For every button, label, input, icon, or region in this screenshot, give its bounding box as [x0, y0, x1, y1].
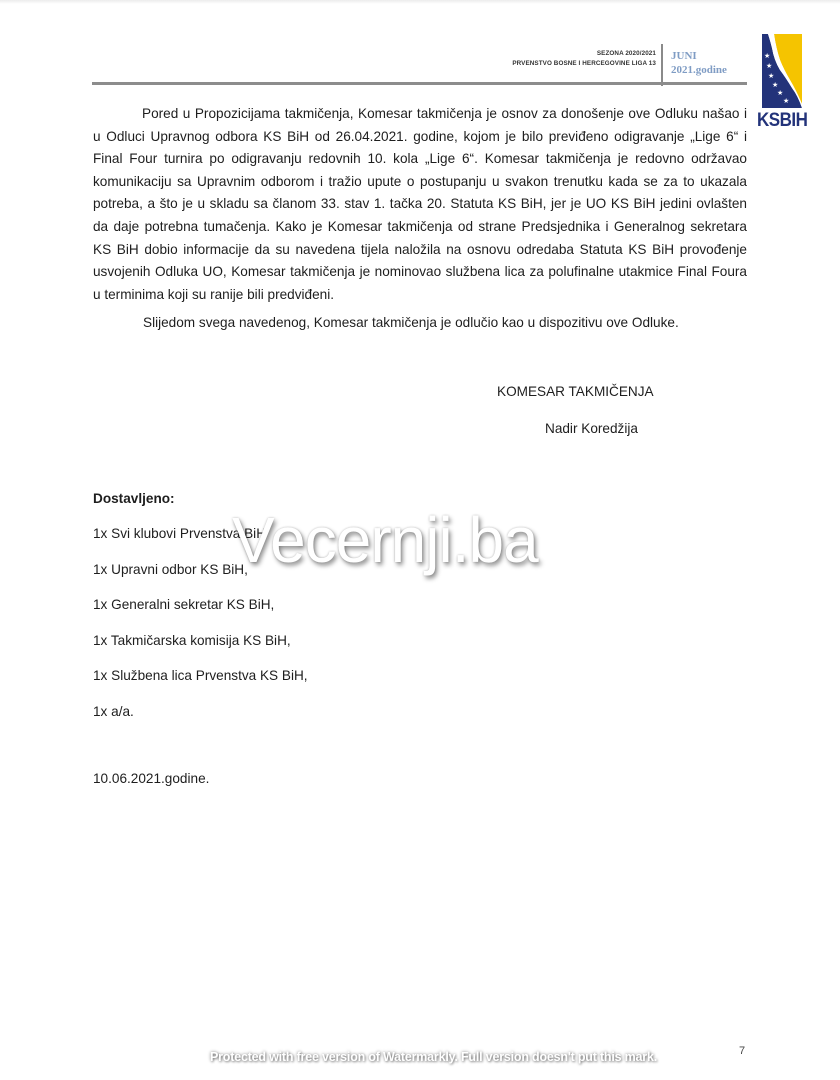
header-month: JUNI — [671, 49, 727, 63]
signature-name: Nadir Koredžija — [545, 421, 638, 436]
page-number: 7 — [739, 1045, 745, 1057]
distribution-item: 1x Generalni sekretar KS BiH, — [93, 597, 308, 633]
svg-text:★: ★ — [783, 97, 789, 105]
header-year: 2021.godine — [671, 63, 727, 77]
header-season: SEZONA 2020/2021 — [512, 49, 656, 59]
body-paragraph-1-text: Pored u Propozicijama takmičenja, Komesa… — [93, 106, 747, 302]
ksbih-logo-icon: ★ ★ ★ ★ ★ ★ — [758, 30, 806, 112]
watermark-vecernji: Vecernji.ba — [232, 500, 538, 580]
svg-text:★: ★ — [764, 52, 770, 60]
svg-text:★: ★ — [768, 72, 774, 80]
header-season-block: SEZONA 2020/2021 PRVENSTVO BOSNE I HERCE… — [512, 49, 656, 69]
distribution-item: 1x Takmičarska komisija KS BiH, — [93, 633, 308, 669]
header-rule — [92, 82, 747, 85]
header-date-block: JUNI 2021.godine — [671, 49, 727, 77]
svg-text:★: ★ — [766, 62, 772, 70]
watermark-footer: Protected with free version of Watermark… — [210, 1050, 657, 1064]
distribution-item: 1x a/a. — [93, 704, 308, 740]
distribution-item: 1x Službena lica Prvenstva KS BiH, — [93, 668, 308, 704]
svg-text:★: ★ — [777, 89, 783, 97]
header-divider — [661, 44, 663, 86]
page-top-edge — [0, 0, 840, 4]
logo-text: KSBIH — [757, 109, 807, 132]
signature-title: KOMESAR TAKMIČENJA — [497, 384, 654, 399]
svg-text:★: ★ — [772, 81, 778, 89]
body-paragraph-1: Pored u Propozicijama takmičenja, Komesa… — [93, 103, 747, 306]
document-date: 10.06.2021.godine. — [93, 771, 209, 786]
body-paragraph-2: Slijedom svega navedenog, Komesar takmič… — [143, 312, 763, 335]
distribution-heading: Dostavljeno: — [93, 491, 175, 506]
header-league: PRVENSTVO BOSNE I HERCEGOVINE LIGA 13 — [512, 59, 656, 69]
